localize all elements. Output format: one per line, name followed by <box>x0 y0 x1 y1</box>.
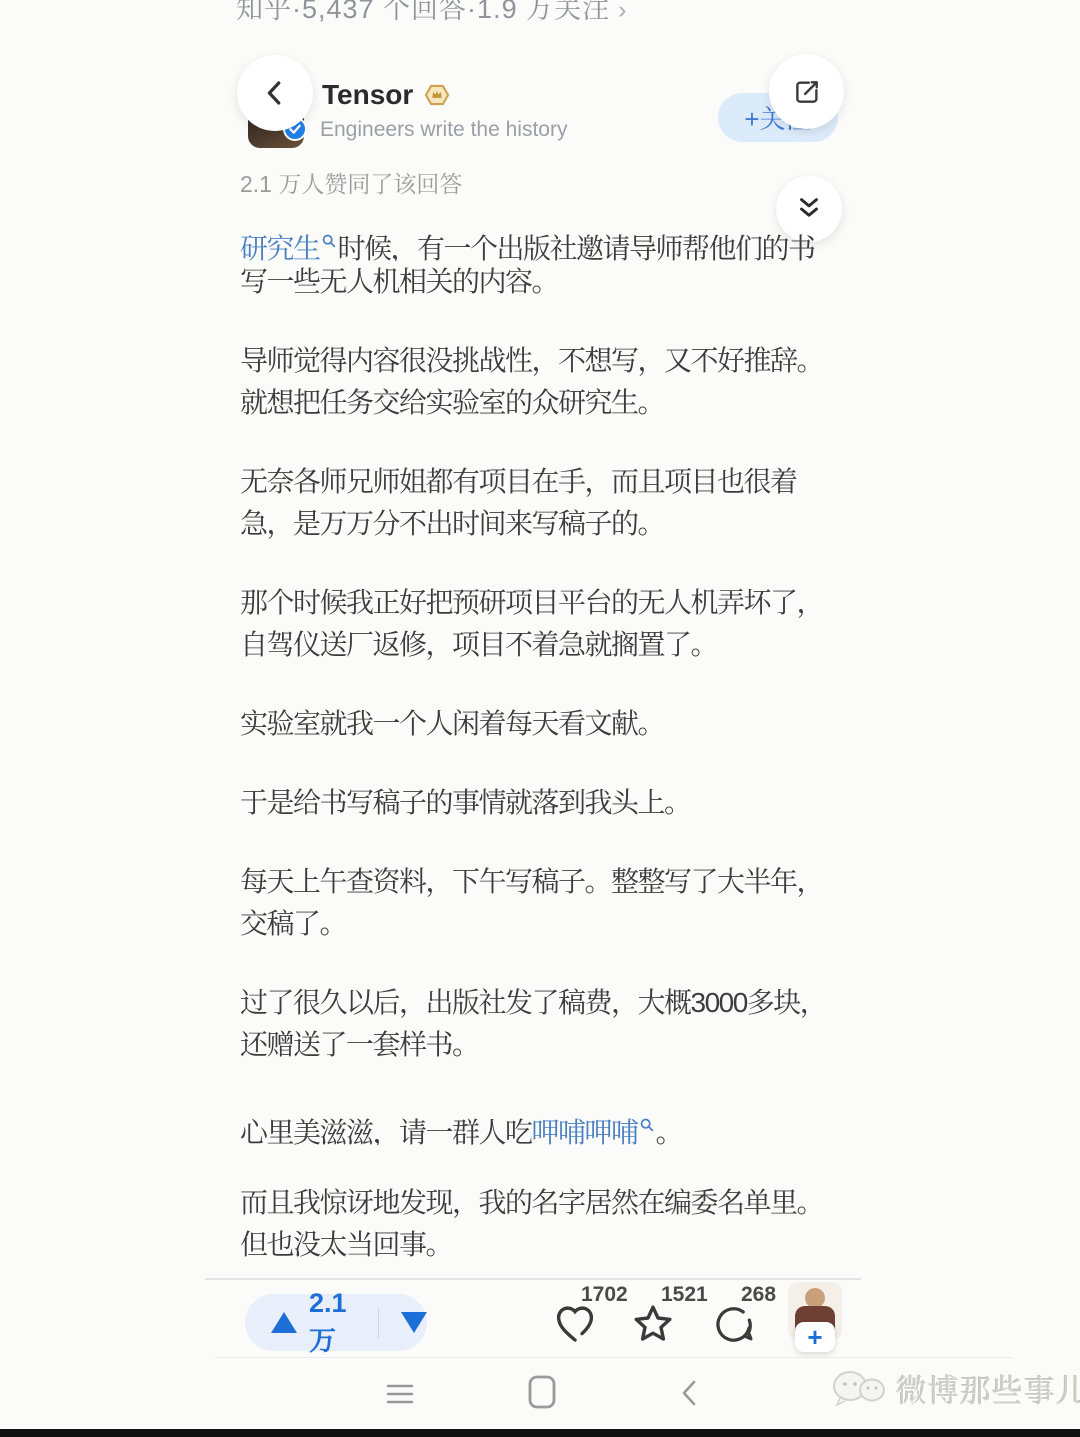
comment-count: 268 <box>741 1283 776 1307</box>
home-icon <box>527 1374 557 1410</box>
answer-paragraph: 于是给书写稿子的事情就落到我头上。 <box>240 782 820 824</box>
bottom-screen-edge <box>0 1429 1080 1437</box>
vote-divider <box>378 1308 379 1338</box>
paragraph-line: 但也没太当回事。 <box>240 1224 820 1266</box>
author-name[interactable]: Tensor <box>322 79 451 111</box>
paragraph-text: 。 <box>656 1117 683 1145</box>
paragraph-line: 每天上午查资料，下午写稿子。整整写了大半年， <box>240 861 820 903</box>
paragraph-text: 还赠送了一套样书。 <box>240 1029 479 1060</box>
comment-button[interactable] <box>711 1302 757 1353</box>
star-button[interactable] <box>629 1300 677 1353</box>
paragraph-text: 就想把任务交给实验室的众研究生。 <box>240 387 664 418</box>
paragraph-line: 写一些无人机相关的内容。 <box>240 261 820 303</box>
upvote-button[interactable] <box>271 1312 297 1333</box>
inline-entity-link[interactable]: 研究生 <box>240 233 320 261</box>
chevron-left-icon <box>260 78 290 108</box>
answer-paragraph: 过了很久以后，出版社发了稿费，大概3000多块，还赠送了一套样书。 <box>240 982 820 1066</box>
star-count: 1521 <box>661 1283 708 1307</box>
paragraph-text: 无奈各师兄师姐都有项目在手，而且项目也很着 <box>240 466 797 497</box>
back-button[interactable] <box>237 55 313 131</box>
screenshot-root: { "question_bar": { "meta_text": "知乎·5,4… <box>0 0 1080 1437</box>
paragraph-line: 过了很久以后，出版社发了稿费，大概3000多块， <box>240 982 820 1024</box>
paragraph-line: 导师觉得内容很没挑战性，不想写，又不好推辞。 <box>240 340 820 382</box>
paragraph-line: 于是给书写稿子的事情就落到我头上。 <box>240 782 820 824</box>
paragraph-text: 但也没太当回事。 <box>240 1229 452 1260</box>
upvote-summary: 2.1 万人赞同了该回答 <box>240 166 462 199</box>
paragraph-line: 就想把任务交给实验室的众研究生。 <box>240 382 820 424</box>
search-icon <box>321 219 337 261</box>
answer-paragraph: 导师觉得内容很没挑战性，不想写，又不好推辞。就想把任务交给实验室的众研究生。 <box>240 340 820 424</box>
answer-paragraph: 无奈各师兄师姐都有项目在手，而且项目也很着急，是万万分不出时间来写稿子的。 <box>240 461 820 545</box>
vote-pill: 2.1 万 <box>245 1294 427 1351</box>
nav-home-button[interactable] <box>527 1374 557 1415</box>
share-compose-icon <box>792 77 822 107</box>
menu-icon <box>384 1381 416 1407</box>
paragraph-line: 而且我惊讶地发现，我的名字居然在编委名单里。 <box>240 1182 820 1224</box>
answer-paragraph: 每天上午查资料，下午写稿子。整整写了大半年，交稿了。 <box>240 861 820 945</box>
answer-paragraph: 实验室就我一个人闲着每天看文献。 <box>240 703 820 745</box>
gold-medal-icon <box>423 81 451 109</box>
paragraph-line: 自驾仪送厂返修，项目不着急就搁置了。 <box>240 624 820 666</box>
inline-entity-link[interactable]: 呷哺呷哺 <box>532 1117 638 1145</box>
nav-back-button[interactable] <box>676 1378 702 1413</box>
plus-icon: + <box>807 1324 822 1350</box>
paragraph-text: 时候，有一个出版社邀请导师帮他们的书 <box>338 233 815 261</box>
downvote-button[interactable] <box>401 1312 427 1333</box>
search-icon <box>321 233 337 249</box>
paragraph-line: 那个时候我正好把预研项目平台的无人机弄坏了， <box>240 582 820 624</box>
watermark-text: 微博那些事儿 <box>896 1366 1080 1411</box>
chat-faces-icon <box>828 1368 888 1410</box>
answer-body: 研究生时候，有一个出版社邀请导师帮他们的书写一些无人机相关的内容。导师觉得内容很… <box>240 219 820 1266</box>
share-button[interactable] <box>769 54 844 129</box>
question-meta-bar[interactable]: 知乎·5,437 个回答·1.9 万关注› <box>236 0 627 26</box>
search-icon <box>639 1117 655 1133</box>
paragraph-text: 自驾仪送厂返修，项目不着急就搁置了。 <box>240 629 717 660</box>
answer-paragraph: 而且我惊讶地发现，我的名字居然在编委名单里。但也没太当回事。 <box>240 1182 820 1266</box>
paragraph-text: 那个时候我正好把预研项目平台的无人机弄坏了， <box>240 587 820 618</box>
star-icon <box>629 1300 677 1348</box>
paragraph-text: 交稿了。 <box>240 908 346 939</box>
search-icon <box>639 1103 655 1145</box>
avatar-figure <box>805 1288 825 1308</box>
upvote-count[interactable]: 2.1 万 <box>309 1288 360 1358</box>
paragraph-text: 写一些无人机相关的内容。 <box>240 266 558 297</box>
paragraph-text: 急，是万万分不出时间来写稿子的。 <box>240 508 664 539</box>
paragraph-text: 过了很久以后，出版社发了稿费，大概3000多块， <box>240 987 820 1018</box>
answer-paragraph: 研究生时候，有一个出版社邀请导师帮他们的书写一些无人机相关的内容。 <box>240 219 820 303</box>
answer-paragraph: 心里美滋滋，请一群人吃呷哺呷哺。 <box>240 1103 820 1145</box>
paragraph-text: 实验室就我一个人闲着每天看文献。 <box>240 708 664 739</box>
paragraph-text: 导师觉得内容很没挑战性，不想写，又不好推辞。 <box>240 345 820 376</box>
heart-count: 1702 <box>581 1283 628 1307</box>
paragraph-text: 而且我惊讶地发现，我的名字居然在编委名单里。 <box>240 1187 820 1218</box>
paragraph-line: 还赠送了一套样书。 <box>240 1024 820 1066</box>
paragraph-line: 心里美滋滋，请一群人吃呷哺呷哺。 <box>240 1103 820 1145</box>
paragraph-text: 于是给书写稿子的事情就落到我头上。 <box>240 787 691 818</box>
paragraph-line: 无奈各师兄师姐都有项目在手，而且项目也很着 <box>240 461 820 503</box>
paragraph-line: 急，是万万分不出时间来写稿子的。 <box>240 503 820 545</box>
question-meta-text: 知乎·5,437 个回答·1.9 万关注 <box>236 0 610 24</box>
nav-menu-button[interactable] <box>384 1381 416 1412</box>
chevron-right-icon: › <box>618 0 627 24</box>
paragraph-line: 实验室就我一个人闲着每天看文献。 <box>240 703 820 745</box>
content-divider <box>205 1278 861 1280</box>
back-icon <box>676 1378 702 1408</box>
paragraph-text: 心里美滋滋，请一群人吃 <box>240 1117 532 1145</box>
paragraph-line: 交稿了。 <box>240 903 820 945</box>
follow-plus-button[interactable]: + <box>795 1322 835 1352</box>
watermark: 微博那些事儿 <box>828 1366 1080 1411</box>
comment-icon <box>711 1302 757 1348</box>
author-bio: Engineers write the history <box>320 118 567 142</box>
paragraph-text: 每天上午查资料，下午写稿子。整整写了大半年， <box>240 866 820 897</box>
answer-paragraph: 那个时候我正好把预研项目平台的无人机弄坏了，自驾仪送厂返修，项目不着急就搁置了。 <box>240 582 820 666</box>
paragraph-line: 研究生时候，有一个出版社邀请导师帮他们的书 <box>240 219 820 261</box>
